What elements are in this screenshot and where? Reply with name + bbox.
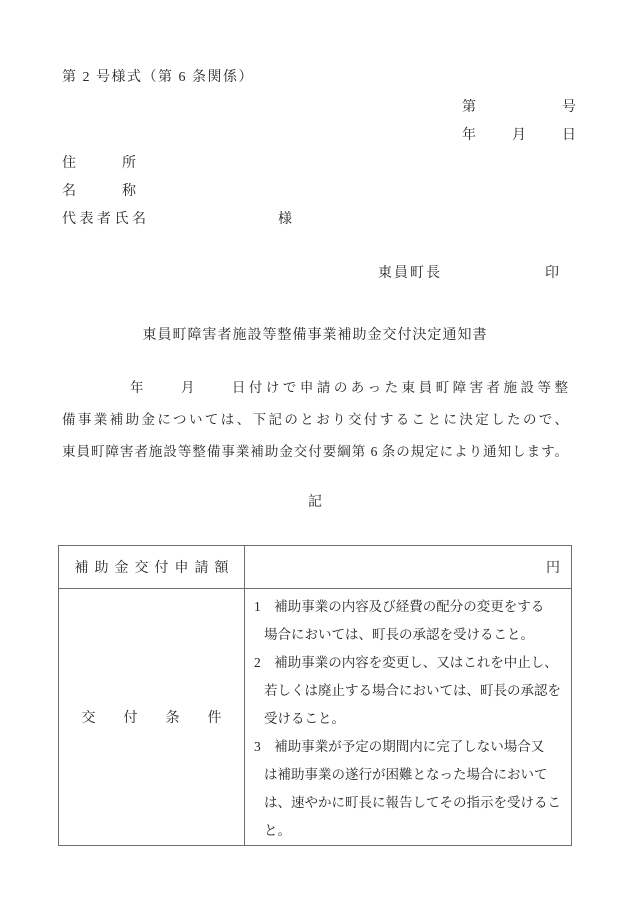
document-title: 東員町障害者施設等整備事業補助金交付決定通知書 xyxy=(0,324,630,344)
amount-value-cell: 円 xyxy=(245,546,571,588)
date-year-label: 年 xyxy=(462,124,476,144)
seal-placeholder: 印 xyxy=(545,262,559,282)
date-line: 年 月 日 xyxy=(462,124,576,144)
body-paragraph: 年 月 日付けで申請のあった東員町障害者施設等整備事業補助金については、下記のと… xyxy=(62,372,568,468)
condition-line: は、速やかに町長に報告してその指示を受けるこ xyxy=(254,789,567,817)
body-line: 東員町障害者施設等整備事業補助金交付要綱第 6 条の規定により通知します。 xyxy=(62,436,568,468)
date-month-label: 月 xyxy=(512,124,526,144)
subsidy-table: 補助金交付申請額 円 交 付 条 件 1 補助事業の内容及び経費の配分の変更をす… xyxy=(58,545,572,846)
conditions-label-cell: 交 付 条 件 xyxy=(59,589,245,845)
condition-line: と。 xyxy=(254,817,567,845)
honorific-label: 様 xyxy=(278,208,292,228)
table-row-conditions: 交 付 条 件 1 補助事業の内容及び経費の配分の変更をする場合においては、町長… xyxy=(59,589,571,845)
condition-line: 1 補助事業の内容及び経費の配分の変更をする xyxy=(254,593,567,621)
condition-line: 受けること。 xyxy=(254,705,567,733)
mayor-title: 東員町長 xyxy=(378,262,442,282)
doc-number-suffix: 号 xyxy=(562,96,576,116)
amount-label-cell: 補助金交付申請額 xyxy=(59,546,245,588)
condition-line: 3 補助事業が予定の期間内に完了しない場合又 xyxy=(254,733,567,761)
name-label: 名 称 xyxy=(62,180,137,200)
doc-number-line: 第 号 xyxy=(462,96,576,116)
representative-label: 代表者氏名 xyxy=(62,208,150,228)
form-number: 第 2 号様式（第 6 条関係） xyxy=(62,66,254,86)
condition-line: 若しくは廃止する場合においては、町長の承認を xyxy=(254,677,567,705)
record-marker: 記 xyxy=(0,491,630,511)
condition-line: 場合においては、町長の承認を受けること。 xyxy=(254,621,567,649)
amount-unit-label: 円 xyxy=(546,557,560,577)
body-line: 年 月 日付けで申請のあった東員町障害者施設等整 xyxy=(62,372,568,404)
body-line: 備事業補助金については、下記のとおり交付することに決定したので、 xyxy=(62,404,568,436)
date-day-label: 日 xyxy=(562,124,576,144)
table-row-amount: 補助金交付申請額 円 xyxy=(59,546,571,589)
doc-number-prefix: 第 xyxy=(462,96,476,116)
conditions-content-cell: 1 補助事業の内容及び経費の配分の変更をする場合においては、町長の承認を受けるこ… xyxy=(245,589,571,845)
address-label: 住 所 xyxy=(62,152,137,172)
condition-line: は補助事業の遂行が困難となった場合において xyxy=(254,761,567,789)
document-page: 第 2 号様式（第 6 条関係） 第 号 年 月 日 住 所 名 称 代表者氏名… xyxy=(0,0,630,903)
condition-line: 2 補助事業の内容を変更し、又はこれを中止し、 xyxy=(254,649,567,677)
